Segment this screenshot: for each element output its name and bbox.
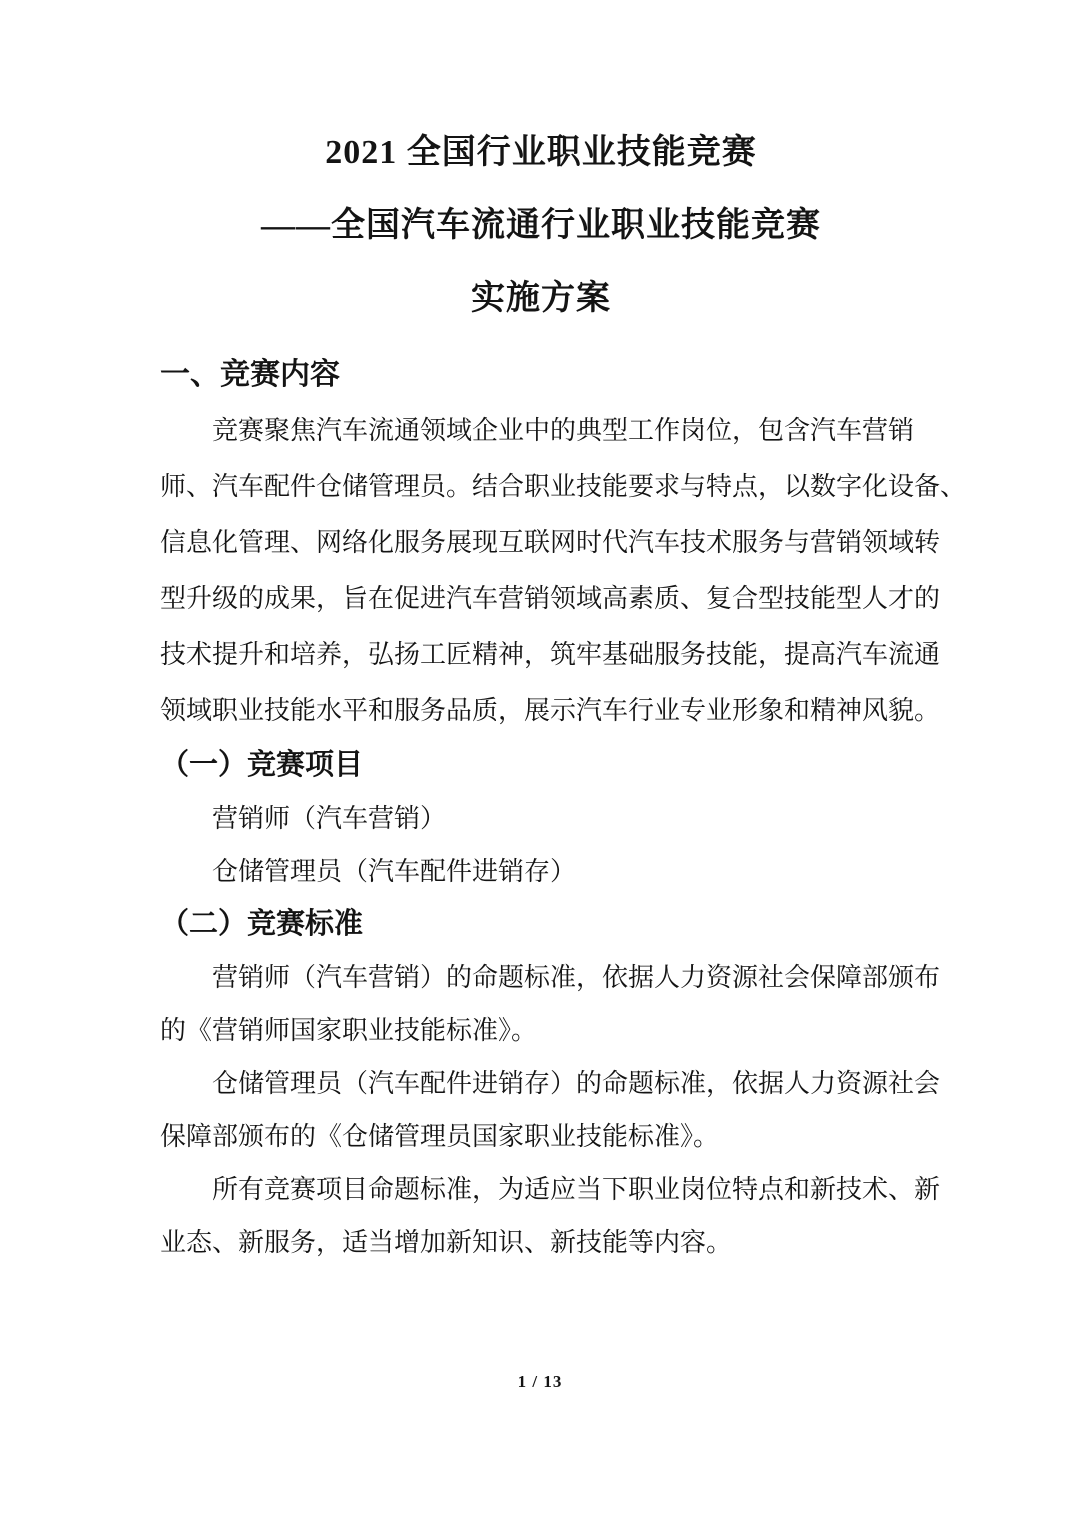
page-number: 1 / 13 (0, 1372, 1080, 1392)
paragraph-line: 仓储管理员（汽车配件进销存）的命题标准，依据人力资源社会 (160, 1057, 922, 1110)
subsection-competition-projects: （一）竞赛项目 营销师（汽车营销） 仓储管理员（汽车配件进销存） (160, 739, 922, 898)
paragraph-line: 技术提升和培养，弘扬工匠精神，筑牢基础服务技能，提高汽车流通 (160, 627, 922, 683)
subsection-heading-competition-projects: （一）竞赛项目 (160, 739, 922, 792)
subsection-competition-standards: （二）竞赛标准 营销师（汽车营销）的命题标准，依据人力资源社会保障部颁布 的《营… (160, 898, 922, 1269)
document-title-line-3: 实施方案 (160, 262, 922, 335)
paragraph-line: 领域职业技能水平和服务品质，展示汽车行业专业形象和精神风貌。 (160, 683, 922, 739)
paragraph-line: 所有竞赛项目命题标准，为适应当下职业岗位特点和新技术、新 (160, 1163, 922, 1216)
document-title-line-2: ——全国汽车流通行业职业技能竞赛 (160, 189, 922, 262)
document-title-line-1: 2021 全国行业职业技能竞赛 (160, 116, 922, 189)
section-heading-competition-content: 一、竞赛内容 (160, 347, 922, 403)
paragraph-line: 信息化管理、网络化服务展现互联网时代汽车技术服务与营销领域转 (160, 515, 922, 571)
list-item-warehouse-manager: 仓储管理员（汽车配件进销存） (160, 845, 922, 898)
paragraph-line: 型升级的成果，旨在促进汽车营销领域高素质、复合型技能型人才的 (160, 571, 922, 627)
paragraph-line: 师、汽车配件仓储管理员。结合职业技能要求与特点，以数字化设备、 (160, 459, 922, 515)
document-content: 2021 全国行业职业技能竞赛 ——全国汽车流通行业职业技能竞赛 实施方案 一、… (160, 0, 922, 1269)
document-page: 2021 全国行业职业技能竞赛 ——全国汽车流通行业职业技能竞赛 实施方案 一、… (0, 0, 1080, 1527)
list-item-marketer: 营销师（汽车营销） (160, 792, 922, 845)
paragraph-line: 营销师（汽车营销）的命题标准，依据人力资源社会保障部颁布 (160, 951, 922, 1004)
paragraph-line: 的《营销师国家职业技能标准》。 (160, 1004, 922, 1057)
paragraph-line: 业态、新服务，适当增加新知识、新技能等内容。 (160, 1216, 922, 1269)
paragraph-line: 保障部颁布的《仓储管理员国家职业技能标准》。 (160, 1110, 922, 1163)
subsection-heading-competition-standards: （二）竞赛标准 (160, 898, 922, 951)
paragraph-competition-content: 竞赛聚焦汽车流通领域企业中的典型工作岗位，包含汽车营销 师、汽车配件仓储管理员。… (160, 403, 922, 739)
paragraph-line: 竞赛聚焦汽车流通领域企业中的典型工作岗位，包含汽车营销 (160, 403, 922, 459)
document-title: 2021 全国行业职业技能竞赛 ——全国汽车流通行业职业技能竞赛 实施方案 (160, 0, 922, 335)
